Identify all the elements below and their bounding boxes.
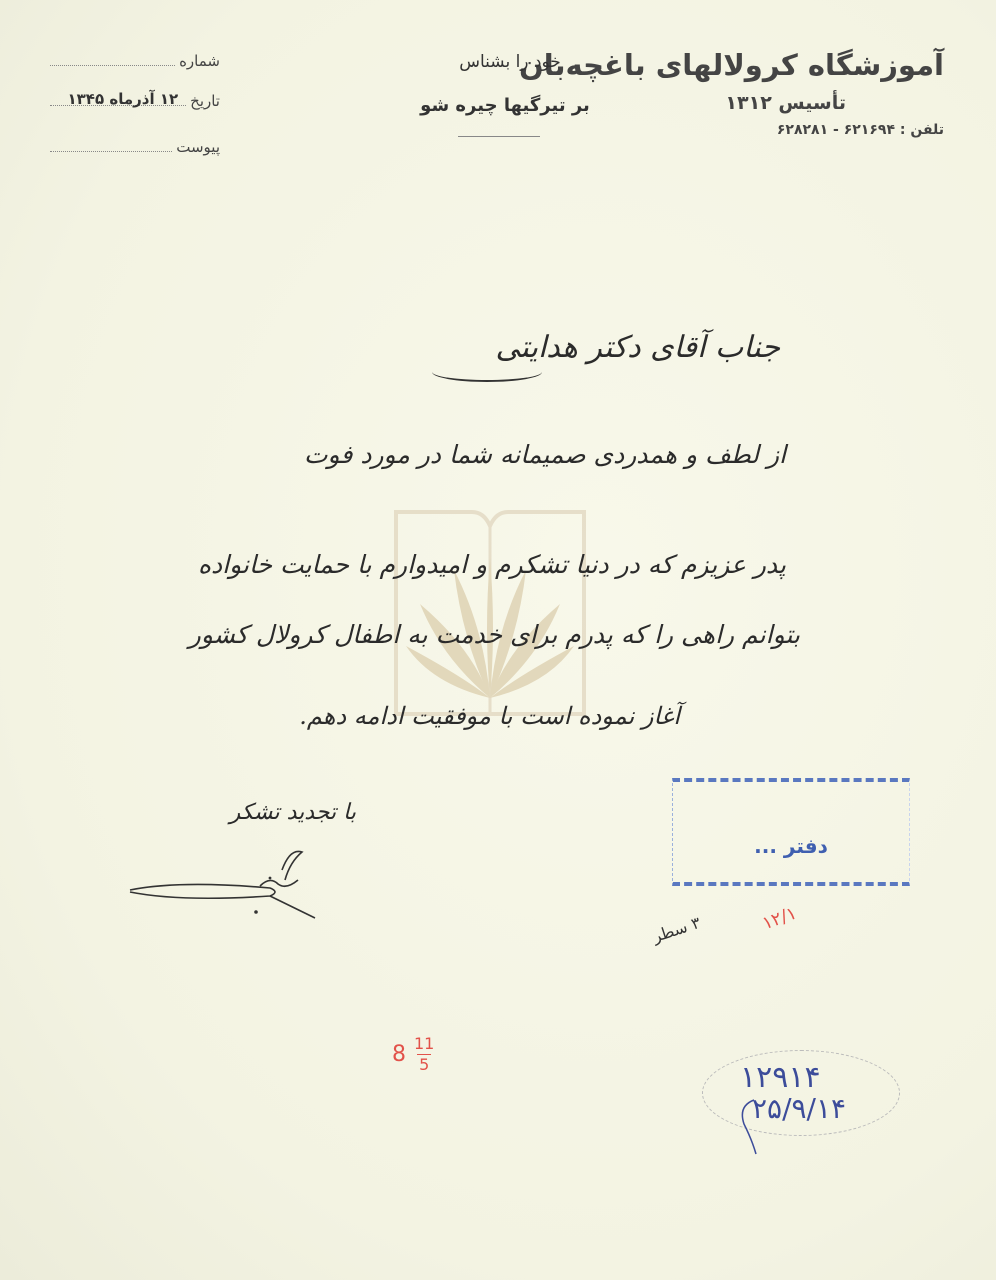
phone-numbers: تلفن : ۶۲۱۶۹۴ - ۶۲۸۲۸۱: [777, 122, 944, 138]
date-value: ۱۲ آذرماه ۱۳۴۵: [68, 90, 179, 108]
date-field: تاریخ ۱۲ آذرماه ۱۳۴۵: [50, 92, 220, 110]
registration-hook-stroke: [734, 1096, 764, 1156]
salutation-swash: [432, 362, 542, 382]
letter-line-2: پدر عزیزم که در دنیا تشکرم و امیدوارم با…: [198, 550, 786, 579]
library-watermark-icon: [392, 508, 588, 718]
registration-number: ۱۲۹۱۴: [740, 1060, 821, 1095]
office-stamp: دفتر ...: [672, 778, 910, 886]
number-label: شماره: [179, 52, 220, 70]
red-fraction-left: 8: [392, 1042, 406, 1067]
red-fraction-mark: 8 11 5: [392, 1036, 434, 1073]
slogan-line-1: خود را بشناس: [440, 52, 580, 72]
number-field: شماره: [50, 52, 220, 70]
school-name: آموزشگاه کرولالهای باغچه‌بان: [519, 48, 944, 82]
slogan-divider: [458, 136, 540, 137]
registration-date: ۲۵/۹/۱۴: [752, 1092, 846, 1125]
red-fraction-denominator: 5: [419, 1057, 429, 1073]
salutation: جناب آقای دکتر هدایتی: [496, 330, 780, 365]
slogan-line-2: بر تیرگیها چیره شو: [420, 95, 590, 116]
office-stamp-border: [672, 778, 910, 886]
red-fraction: 11 5: [414, 1036, 434, 1073]
number-dotted-line: [50, 65, 175, 66]
founded-year: تأسیس ۱۳۱۲: [725, 92, 846, 114]
attachment-label: پیوست: [176, 138, 220, 156]
attachment-field: پیوست: [50, 138, 220, 156]
office-stamp-text: دفتر ...: [672, 834, 910, 858]
letter-line-4: آغاز نموده است با موفقیت ادامه دهم.: [299, 702, 680, 730]
closing-phrase: با تجدید تشکر: [230, 800, 356, 825]
red-fraction-numerator: 11: [414, 1036, 434, 1052]
letter-line-3: بتوانم راهی را که پدرم برای خدمت به اطفا…: [189, 620, 800, 649]
letter-line-1: از لطف و همدردی صمیمانه شما در مورد فوت: [304, 440, 786, 469]
date-label: تاریخ: [190, 92, 220, 110]
attachment-dotted-line: [50, 151, 172, 152]
date-dotted-line: ۱۲ آذرماه ۱۳۴۵: [50, 105, 186, 106]
